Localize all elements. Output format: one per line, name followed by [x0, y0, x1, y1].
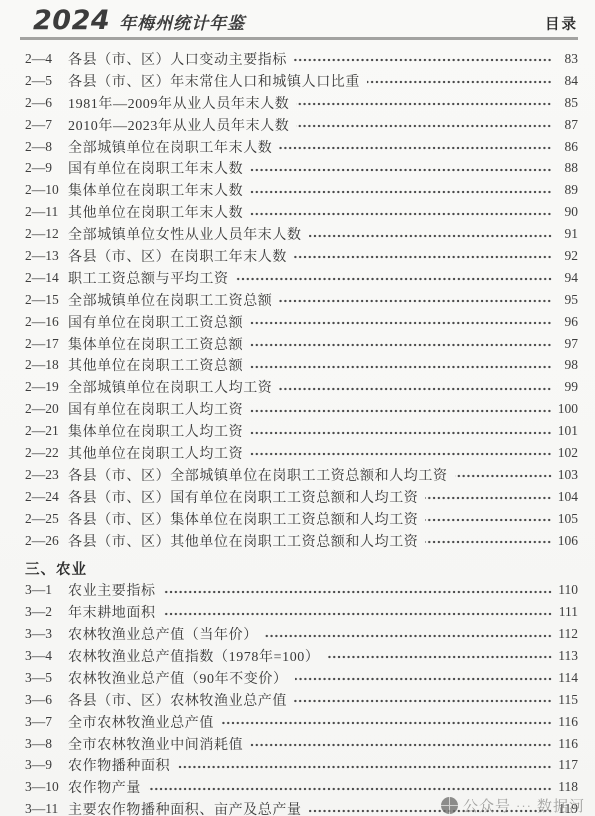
section-heading-row: 三、农业: [25, 557, 578, 579]
entry-title: 农业主要指标: [68, 580, 156, 600]
entry-page-number: 91: [555, 226, 578, 242]
dotted-leader: [279, 145, 552, 151]
entry-page-number: 113: [555, 648, 578, 664]
toc-entry-row: 2—18 其他单位在岗职工工资总额 98: [25, 354, 578, 376]
entry-number: 3—9: [25, 757, 68, 773]
entry-page-number: 111: [555, 604, 578, 620]
entry-title: 各县（市、区）年末常住人口和城镇人口比重: [68, 71, 360, 91]
entry-page-number: 115: [555, 692, 578, 708]
entry-number: 2—12: [25, 226, 68, 242]
entry-number: 2—21: [25, 423, 68, 439]
entry-title: 2010年—2023年从业人员年末人数: [68, 115, 289, 135]
dotted-leader: [250, 742, 552, 748]
entry-number: 2—14: [25, 270, 68, 286]
toc-entry-row: 2—26 各县（市、区）其他单位在岗职工工资总额和人均工资 106: [25, 530, 578, 552]
entry-title: 农作物播种面积: [68, 755, 170, 775]
entry-page-number: 102: [555, 445, 578, 461]
entry-page-number: 117: [555, 757, 578, 773]
entry-number: 2—19: [25, 379, 68, 395]
edition-year: 2024: [33, 5, 110, 36]
dotted-leader: [250, 167, 552, 173]
entry-title: 各县（市、区）全部城镇单位在岗职工工资总额和人均工资: [68, 465, 448, 485]
entry-number: 3—1: [25, 582, 68, 598]
entry-number: 3—2: [25, 604, 68, 620]
entry-title: 各县（市、区）国有单位在岗职工工资总额和人均工资: [68, 487, 418, 507]
entry-number: 3—4: [25, 648, 68, 664]
entry-number: 3—11: [25, 801, 68, 816]
watermark-separator: ···: [516, 798, 532, 813]
entry-title: 全部城镇单位在岗职工年末人数: [68, 137, 272, 157]
toc-entry-row: 2—17 集体单位在岗职工工资总额 97: [25, 333, 578, 355]
entry-title: 全部城镇单位在岗职工人均工资: [68, 377, 272, 397]
dotted-leader: [163, 611, 552, 617]
entry-page-number: 98: [555, 357, 578, 373]
page-header: 2024 年梅州统计年鉴 目录: [33, 5, 578, 36]
entry-title: 各县（市、区）集体单位在岗职工工资总额和人均工资: [68, 509, 418, 529]
toc-entry-row: 2—25 各县（市、区）集体单位在岗职工工资总额和人均工资 105: [25, 508, 578, 530]
entry-page-number: 105: [555, 511, 578, 527]
toc-entry-row: 2—16 国有单位在岗职工工资总额 96: [25, 311, 578, 333]
dotted-leader: [148, 786, 552, 792]
entry-page-number: 83: [555, 51, 578, 67]
toc-entry-row: 3—3 农林牧渔业总产值（当年价） 112: [25, 623, 578, 645]
dotted-leader: [327, 654, 553, 660]
entry-number: 2—25: [25, 511, 68, 527]
entry-page-number: 89: [555, 182, 578, 198]
entry-number: 2—10: [25, 182, 68, 198]
entry-title: 集体单位在岗职工年末人数: [68, 180, 243, 200]
entry-title: 农林牧渔业总产值（当年价）: [68, 624, 258, 644]
toc-entry-row: 2—8 全部城镇单位在岗职工年末人数 86: [25, 136, 578, 158]
toc-entry-row: 2—5 各县（市、区）年末常住人口和城镇人口比重 84: [25, 70, 578, 92]
entry-page-number: 103: [555, 467, 578, 483]
entry-title: 全部城镇单位在岗职工工资总额: [68, 290, 272, 310]
entry-page-number: 104: [555, 489, 578, 505]
entry-number: 2—8: [25, 139, 68, 155]
dotted-leader: [163, 589, 552, 595]
entry-page-number: 85: [555, 95, 578, 111]
toc-entry-row: 2—23 各县（市、区）全部城镇单位在岗职工工资总额和人均工资 103: [25, 464, 578, 486]
entry-page-number: 97: [555, 336, 578, 352]
entry-title: 全部城镇单位女性从业人员年末人数: [68, 224, 302, 244]
entry-title: 集体单位在岗职工工资总额: [68, 334, 243, 354]
dotted-leader: [250, 451, 552, 457]
entry-page-number: 84: [555, 73, 578, 89]
toc-entry-row: 3—2 年末耕地面积 111: [25, 601, 578, 623]
toc-list: 2—4 各县（市、区）人口变动主要指标 83 2—5 各县（市、区）年末常住人口…: [25, 48, 578, 816]
entry-number: 3—7: [25, 714, 68, 730]
entry-page-number: 116: [555, 714, 578, 730]
toc-entry-row: 2—13 各县（市、区）在岗职工年末人数 92: [25, 245, 578, 267]
entry-number: 3—6: [25, 692, 68, 708]
entry-number: 2—17: [25, 336, 68, 352]
entry-page-number: 100: [555, 401, 578, 417]
dotted-leader: [221, 720, 552, 726]
toc-entry-row: 2—14 职工工资总额与平均工资 94: [25, 267, 578, 289]
entry-title: 集体单位在岗职工人均工资: [68, 421, 243, 441]
toc-entry-row: 2—21 集体单位在岗职工人均工资 101: [25, 420, 578, 442]
dotted-leader: [294, 254, 552, 260]
entry-page-number: 112: [555, 626, 578, 642]
toc-entry-row: 2—24 各县（市、区）国有单位在岗职工工资总额和人均工资 104: [25, 486, 578, 508]
dotted-leader: [425, 495, 552, 501]
entry-title: 各县（市、区）其他单位在岗职工工资总额和人均工资: [68, 531, 418, 551]
entry-title: 各县（市、区）农林牧渔业总产值: [68, 690, 287, 710]
dotted-leader: [455, 473, 552, 479]
entry-title: 各县（市、区）在岗职工年末人数: [68, 246, 287, 266]
toc-entry-row: 2—15 全部城镇单位在岗职工工资总额 95: [25, 289, 578, 311]
entry-number: 3—3: [25, 626, 68, 642]
toc-entry-row: 3—9 农作物播种面积 117: [25, 755, 578, 777]
toc-corner-label: 目录: [545, 13, 578, 34]
dotted-leader: [250, 364, 552, 370]
watermark-name: 数据河: [537, 795, 585, 816]
dotted-leader: [250, 408, 552, 414]
entry-title: 各县（市、区）人口变动主要指标: [68, 49, 287, 69]
entry-title: 全市农林牧渔业中间消耗值: [68, 734, 243, 754]
dotted-leader: [250, 342, 552, 348]
entry-number: 2—6: [25, 95, 68, 111]
entry-title: 其他单位在岗职工工资总额: [68, 355, 243, 375]
entry-page-number: 116: [555, 736, 578, 752]
entry-page-number: 87: [555, 117, 578, 133]
dotted-leader: [296, 123, 552, 129]
dotted-leader: [265, 633, 552, 639]
toc-entry-row: 3—4 农林牧渔业总产值指数（1978年=100） 113: [25, 645, 578, 667]
entry-title: 农林牧渔业总产值（90年不变价）: [68, 668, 288, 688]
toc-entry-row: 2—11 其他单位在岗职工年末人数 90: [25, 201, 578, 223]
entry-number: 2—23: [25, 467, 68, 483]
dotted-leader: [425, 539, 552, 545]
toc-entry-row: 3—6 各县（市、区）农林牧渔业总产值 115: [25, 689, 578, 711]
entry-page-number: 118: [555, 779, 578, 795]
entry-title: 农作物产量: [68, 777, 141, 797]
entry-page-number: 90: [555, 204, 578, 220]
toc-entry-row: 2—6 1981年—2009年从业人员年末人数 85: [25, 92, 578, 114]
dotted-leader: [295, 676, 552, 682]
entry-page-number: 110: [555, 582, 578, 598]
entry-page-number: 106: [555, 533, 578, 549]
toc-entry-row: 2—7 2010年—2023年从业人员年末人数 87: [25, 114, 578, 136]
toc-entry-row: 2—20 国有单位在岗职工人均工资 100: [25, 398, 578, 420]
header-divider: [20, 37, 578, 40]
entry-title: 年末耕地面积: [68, 602, 156, 622]
entry-title: 国有单位在岗职工年末人数: [68, 158, 243, 178]
toc-entry-row: 3—5 农林牧渔业总产值（90年不变价） 114: [25, 667, 578, 689]
entry-number: 2—13: [25, 248, 68, 264]
watermark-prefix: 公众号: [463, 795, 511, 816]
dotted-leader: [367, 79, 552, 85]
entry-number: 2—5: [25, 73, 68, 89]
entry-page-number: 92: [555, 248, 578, 264]
entry-page-number: 95: [555, 292, 578, 308]
dotted-leader: [236, 276, 552, 282]
book-title: 年梅州统计年鉴: [119, 9, 245, 34]
entry-title: 农林牧渔业总产值指数（1978年=100）: [68, 646, 320, 666]
entry-number: 2—9: [25, 160, 68, 176]
entry-page-number: 86: [555, 139, 578, 155]
entry-number: 2—24: [25, 489, 68, 505]
toc-entry-row: 3—7 全市农林牧渔业总产值 116: [25, 711, 578, 733]
toc-entry-row: 2—19 全部城镇单位在岗职工人均工资 99: [25, 376, 578, 398]
entry-page-number: 99: [555, 379, 578, 395]
entry-title: 职工工资总额与平均工资: [68, 268, 229, 288]
entry-number: 2—20: [25, 401, 68, 417]
entry-title: 主要农作物播种面积、亩产及总产量: [68, 799, 302, 816]
toc-entry-row: 3—1 农业主要指标 110: [25, 579, 578, 601]
toc-entry-row: 2—9 国有单位在岗职工年末人数 88: [25, 157, 578, 179]
entry-number: 2—11: [25, 204, 68, 220]
entry-number: 2—7: [25, 117, 68, 133]
dotted-leader: [250, 430, 552, 436]
entry-title: 1981年—2009年从业人员年末人数: [68, 93, 289, 113]
entry-page-number: 114: [555, 670, 578, 686]
watermark: 公众号 ··· 数据河: [441, 795, 585, 815]
entry-title: 其他单位在岗职工人均工资: [68, 443, 243, 463]
dotted-leader: [279, 298, 552, 304]
entry-number: 2—15: [25, 292, 68, 308]
entry-page-number: 88: [555, 160, 578, 176]
wechat-public-account-icon: [441, 797, 458, 814]
toc-entry-row: 3—8 全市农林牧渔业中间消耗值 116: [25, 733, 578, 755]
entry-title: 国有单位在岗职工工资总额: [68, 312, 243, 332]
dotted-leader: [177, 764, 552, 770]
book-title-group: 2024 年梅州统计年鉴: [33, 5, 245, 36]
toc-entry-row: 2—4 各县（市、区）人口变动主要指标 83: [25, 48, 578, 70]
entry-number: 2—4: [25, 51, 68, 67]
entry-number: 2—18: [25, 357, 68, 373]
toc-entry-row: 2—10 集体单位在岗职工年末人数 89: [25, 179, 578, 201]
dotted-leader: [425, 517, 552, 523]
entry-number: 2—22: [25, 445, 68, 461]
dotted-leader: [279, 386, 552, 392]
entry-page-number: 96: [555, 314, 578, 330]
dotted-leader: [294, 698, 552, 704]
dotted-leader: [250, 189, 552, 195]
entry-page-number: 94: [555, 270, 578, 286]
entry-number: 3—8: [25, 736, 68, 752]
toc-entry-row: 2—22 其他单位在岗职工人均工资 102: [25, 442, 578, 464]
entry-number: 2—16: [25, 314, 68, 330]
dotted-leader: [309, 233, 552, 239]
entry-title: 其他单位在岗职工年末人数: [68, 202, 243, 222]
dotted-leader: [250, 211, 552, 217]
entry-page-number: 101: [555, 423, 578, 439]
section-heading: 三、农业: [25, 558, 87, 579]
dotted-leader: [250, 320, 552, 326]
toc-entry-row: 2—12 全部城镇单位女性从业人员年末人数 91: [25, 223, 578, 245]
dotted-leader: [296, 101, 552, 107]
entry-title: 国有单位在岗职工人均工资: [68, 399, 243, 419]
entry-number: 2—26: [25, 533, 68, 549]
yearbook-toc-page: 2024 年梅州统计年鉴 目录 2—4 各县（市、区）人口变动主要指标 83 2…: [0, 0, 595, 816]
entry-number: 3—10: [25, 779, 68, 795]
dotted-leader: [294, 57, 552, 63]
entry-title: 全市农林牧渔业总产值: [68, 712, 214, 732]
entry-number: 3—5: [25, 670, 68, 686]
